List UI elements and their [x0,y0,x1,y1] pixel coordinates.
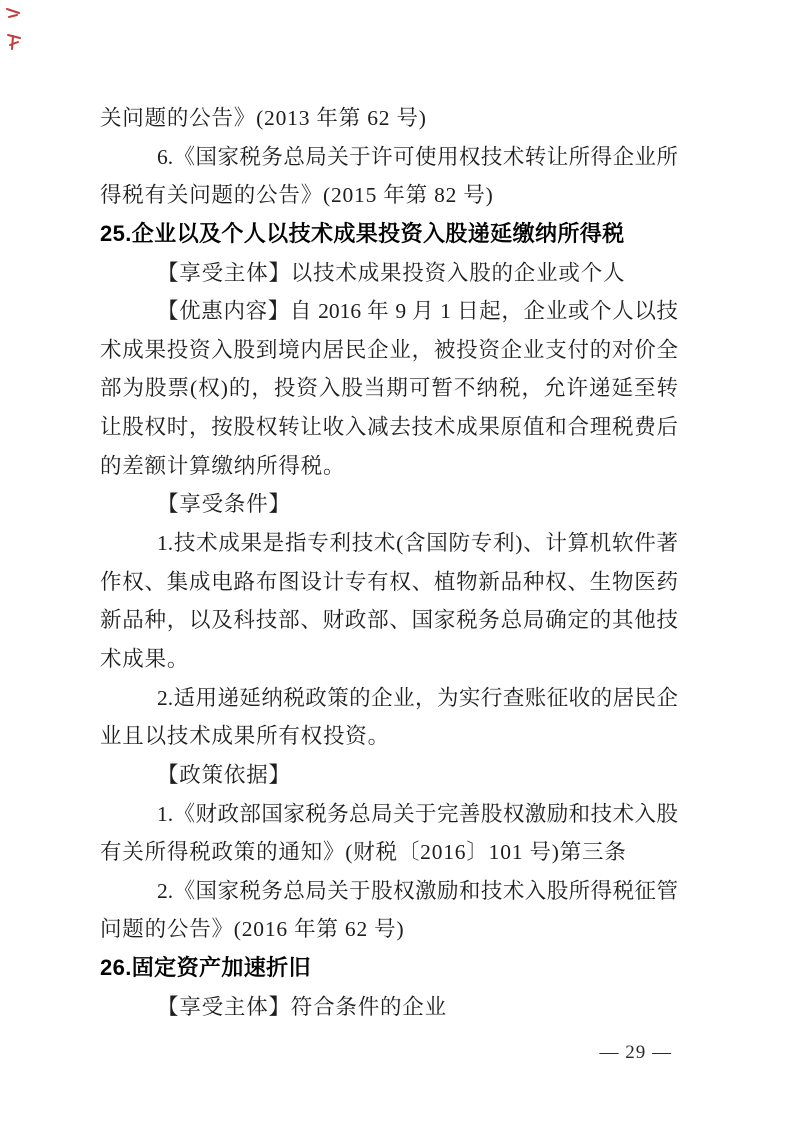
section-heading: 26.固定资产加速折旧 [100,949,678,988]
text-line: 问题的公告》(2016 年第 62 号) [100,910,678,949]
text-line: 的差额计算缴纳所得税。 [100,447,678,486]
text-line: 关问题的公告》(2013 年第 62 号) [100,99,678,138]
document-page: 关问题的公告》(2013 年第 62 号)6.《国家税务总局关于许可使用权技术转… [0,0,793,1122]
text-line: 新品种，以及科技部、财政部、国家税务总局确定的其他技 [100,601,678,640]
text-line: 部为股票(权)的，投资入股当期可暂不纳税，允许递延至转 [100,369,678,408]
text-line: 6.《国家税务总局关于许可使用权技术转让所得企业所 [100,138,678,177]
text-line: 得税有关问题的公告》(2015 年第 82 号) [100,176,678,215]
text-line: 有关所得税政策的通知》(财税〔2016〕101 号)第三条 [100,833,678,872]
text-line: 2.《国家税务总局关于股权激励和技术入股所得税征管 [100,872,678,911]
text-block: 关问题的公告》(2013 年第 62 号)6.《国家税务总局关于许可使用权技术转… [100,99,678,1026]
page-number: — 29 — [472,1038,672,1068]
text-line: 让股权时，按股权转让收入减去技术成果原值和合理税费后 [100,408,678,447]
section-heading: 25.企业以及个人以技术成果投资入股递延缴纳所得税 [100,215,678,254]
text-line: 2.适用递延纳税政策的企业，为实行查账征收的居民企 [100,679,678,718]
text-line: 【优惠内容】自 2016 年 9 月 1 日起，企业或个人以技 [100,292,678,331]
text-line: 1.技术成果是指专利技术(含国防专利)、计算机软件著 [100,524,678,563]
text-line: 【享受条件】 [100,485,678,524]
red-ink-marks [3,5,25,57]
text-line: 【享受主体】以技术成果投资入股的企业或个人 [100,254,678,293]
text-line: 作权、集成电路布图设计专有权、植物新品种权、生物医药 [100,563,678,602]
text-line: 术成果投资入股到境内居民企业，被投资企业支付的对价全 [100,331,678,370]
text-line: 术成果。 [100,640,678,679]
text-line: 业且以技术成果所有权投资。 [100,717,678,756]
text-line: 【政策依据】 [100,756,678,795]
text-line: 【享受主体】符合条件的企业 [100,988,678,1027]
text-line: 1.《财政部国家税务总局关于完善股权激励和技术入股 [100,795,678,834]
red-ink-mark-icon [3,5,25,57]
